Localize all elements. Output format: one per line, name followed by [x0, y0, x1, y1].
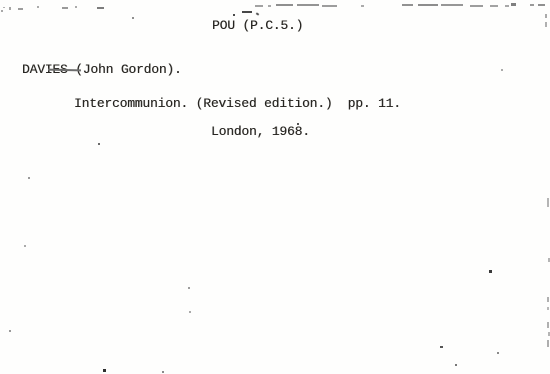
scan-smudge: [441, 4, 463, 6]
pencil-dot-mark: [233, 14, 235, 16]
scan-speck: [9, 330, 11, 332]
scan-smudge: [297, 4, 319, 6]
shelfmark-heading: POU (P.C.5.): [212, 19, 303, 33]
scan-smudge: [490, 5, 498, 7]
scan-speck: [189, 311, 191, 313]
scan-edge-mark: [548, 332, 550, 336]
scan-edge-mark: [547, 322, 549, 328]
scan-speck: [103, 369, 106, 372]
scan-smudge: [268, 5, 271, 7]
scan-smudge: [361, 5, 364, 7]
scan-smudge: [505, 5, 509, 7]
scan-smudge: [18, 8, 23, 10]
scan-smudge: [75, 6, 77, 8]
scan-smudge: [322, 5, 337, 7]
scan-smudge: [3, 7, 5, 8]
scan-edge-mark: [547, 340, 549, 347]
scan-speck: [497, 352, 499, 354]
scan-speck: [188, 287, 190, 289]
scan-speck: [440, 346, 443, 348]
scan-speck: [501, 69, 503, 71]
scan-speck: [24, 245, 26, 247]
scan-speck: [162, 371, 164, 373]
scan-smudge: [97, 7, 104, 9]
scan-edge-mark: [547, 198, 549, 207]
author-line: DAVIES (John Gordon).: [22, 63, 182, 77]
title-line: Intercommunion. (Revised edition.) pp. 1…: [74, 97, 401, 111]
scan-speck: [297, 123, 299, 125]
scan-smudge: [530, 4, 534, 6]
scan-smudge: [62, 7, 68, 9]
scan-speck: [455, 364, 457, 366]
catalog-card-scan: POU (P.C.5.) DAVIES (John Gordon). Inter…: [0, 0, 550, 374]
scan-smudge: [538, 4, 545, 6]
scan-smudge: [9, 7, 11, 10]
scan-edge-mark: [547, 307, 549, 310]
scan-smudge: [276, 4, 293, 6]
scan-edge-mark: [548, 258, 550, 262]
scan-smudge: [402, 4, 413, 6]
scan-smudge: [470, 5, 483, 7]
scan-smudge: [418, 4, 438, 6]
imprint-line: London, 1968.: [211, 125, 310, 139]
scan-smudge: [1, 10, 3, 12]
scan-edge-mark: [545, 22, 547, 27]
scan-speck: [132, 17, 134, 19]
scan-smudge: [37, 6, 39, 8]
scan-speck: [98, 143, 100, 145]
scan-edge-mark: [547, 297, 549, 302]
pencil-tick-mark: [256, 12, 260, 15]
scan-speck: [28, 177, 30, 179]
pencil-dash-mark: [242, 11, 252, 13]
scan-speck: [489, 270, 492, 273]
scan-edge-mark: [545, 14, 547, 18]
scan-smudge: [511, 3, 516, 6]
scan-smudge: [255, 5, 263, 7]
